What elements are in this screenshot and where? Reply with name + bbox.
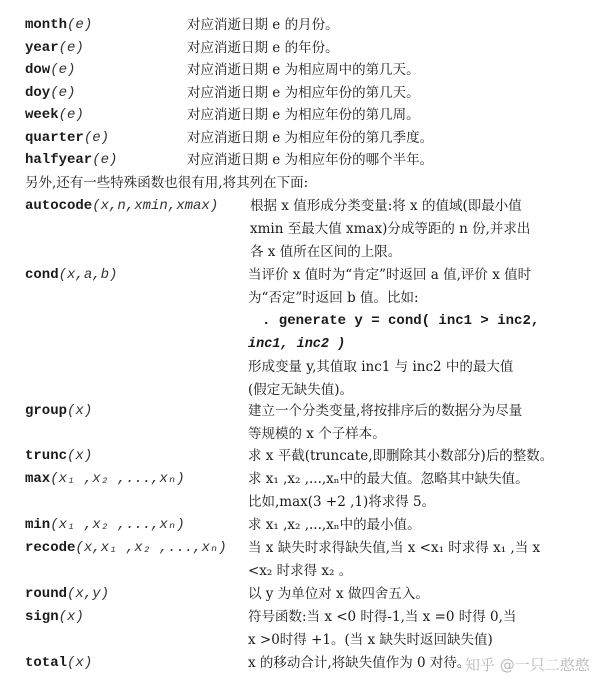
function-description: 当 x 缺失时求得缺失值,当 x <x₁ 时求得 x₁ ,当 x <x₂ 时求得… (248, 537, 540, 583)
code-example: inc1, inc2 ) (248, 333, 539, 356)
function-args: (x,x₁ ,x₂ ,...,xₙ) (75, 540, 226, 556)
function-name: min (25, 517, 50, 533)
intro-paragraph: 另外,还有一些特殊函数也很有用,将其列在下面: (25, 172, 308, 194)
function-name: year (25, 40, 59, 56)
function-args: (x₁ ,x₂ ,...,xₙ) (50, 517, 184, 533)
code-example: . generate y = cond( inc1 > inc2, (248, 310, 539, 333)
function-name: max (25, 471, 50, 487)
function-description: 对应消逝日期 e 为相应年份的第几周。 (187, 104, 420, 127)
function-description: 根据 x 值形成分类变量:将 x 的值域(即最小值 xmin 至最大值 xmax… (250, 195, 530, 264)
function-args: (e) (50, 62, 75, 78)
function-description: 求 x₁ ,x₂ ,...,xₙ中的最小值。 (248, 514, 421, 537)
function-name: quarter (25, 130, 84, 146)
function-name: total (25, 655, 67, 671)
function-args: (x,a,b) (59, 267, 118, 283)
function-args: (x₁ ,x₂ ,...,xₙ) (50, 471, 184, 487)
function-description: 建立一个分类变量,将按排序后的数据分为尽量 等规模的 x 个子样本。 (248, 400, 522, 446)
function-description: 求 x₁ ,x₂ ,...,xₙ中的最大值。忽略其中缺失值。 比如,max(3 … (248, 468, 529, 514)
function-description: x 的移动合计,将缺失值作为 0 对待。 (248, 652, 470, 675)
function-description: 当评价 x 值时为“肯定”时返回 a 值,评价 x 值时 为“否定”时返回 b … (248, 264, 539, 402)
function-description: 对应消逝日期 e 的年份。 (187, 37, 339, 60)
function-name: doy (25, 85, 50, 101)
function-args: (x) (67, 655, 92, 671)
function-args: (x) (67, 403, 92, 419)
function-args: (x,y) (67, 586, 109, 602)
function-name: trunc (25, 448, 67, 464)
function-description: 以 y 为单位对 x 做四舍五入。 (248, 583, 429, 606)
function-name: halfyear (25, 152, 92, 168)
function-name: cond (25, 267, 59, 283)
function-args: (e) (67, 17, 92, 33)
function-description: 对应消逝日期 e 的月份。 (187, 14, 339, 37)
function-description: 对应消逝日期 e 为相应年份的第几天。 (187, 82, 420, 105)
function-name: week (25, 107, 59, 123)
function-name: dow (25, 62, 50, 78)
function-description: 对应消逝日期 e 为相应年份的哪个半年。 (187, 149, 433, 172)
function-name: sign (25, 609, 59, 625)
function-description: 对应消逝日期 e 为相应年份的第几季度。 (187, 127, 433, 150)
function-description: 符号函数:当 x <0 时得-1,当 x =0 时得 0,当 x >0时得 +1… (248, 606, 516, 652)
function-args: (e) (59, 107, 84, 123)
function-args: (e) (50, 85, 75, 101)
function-args: (e) (84, 130, 109, 146)
function-description: 求 x 平截(truncate,即删除其小数部分)后的整数。 (248, 445, 553, 468)
function-name: group (25, 403, 67, 419)
function-name: round (25, 586, 67, 602)
function-name: autocode (25, 198, 92, 214)
function-name: month (25, 17, 67, 33)
function-args: (x) (59, 609, 84, 625)
function-name: recode (25, 540, 75, 556)
function-args: (e) (59, 40, 84, 56)
function-args: (x) (67, 448, 92, 464)
function-description: 对应消逝日期 e 为相应周中的第几天。 (187, 59, 420, 82)
watermark: 知乎 @一只二憨憨 (465, 654, 590, 675)
function-args: (e) (92, 152, 117, 168)
function-args: (x,n,xmin,xmax) (92, 198, 218, 214)
